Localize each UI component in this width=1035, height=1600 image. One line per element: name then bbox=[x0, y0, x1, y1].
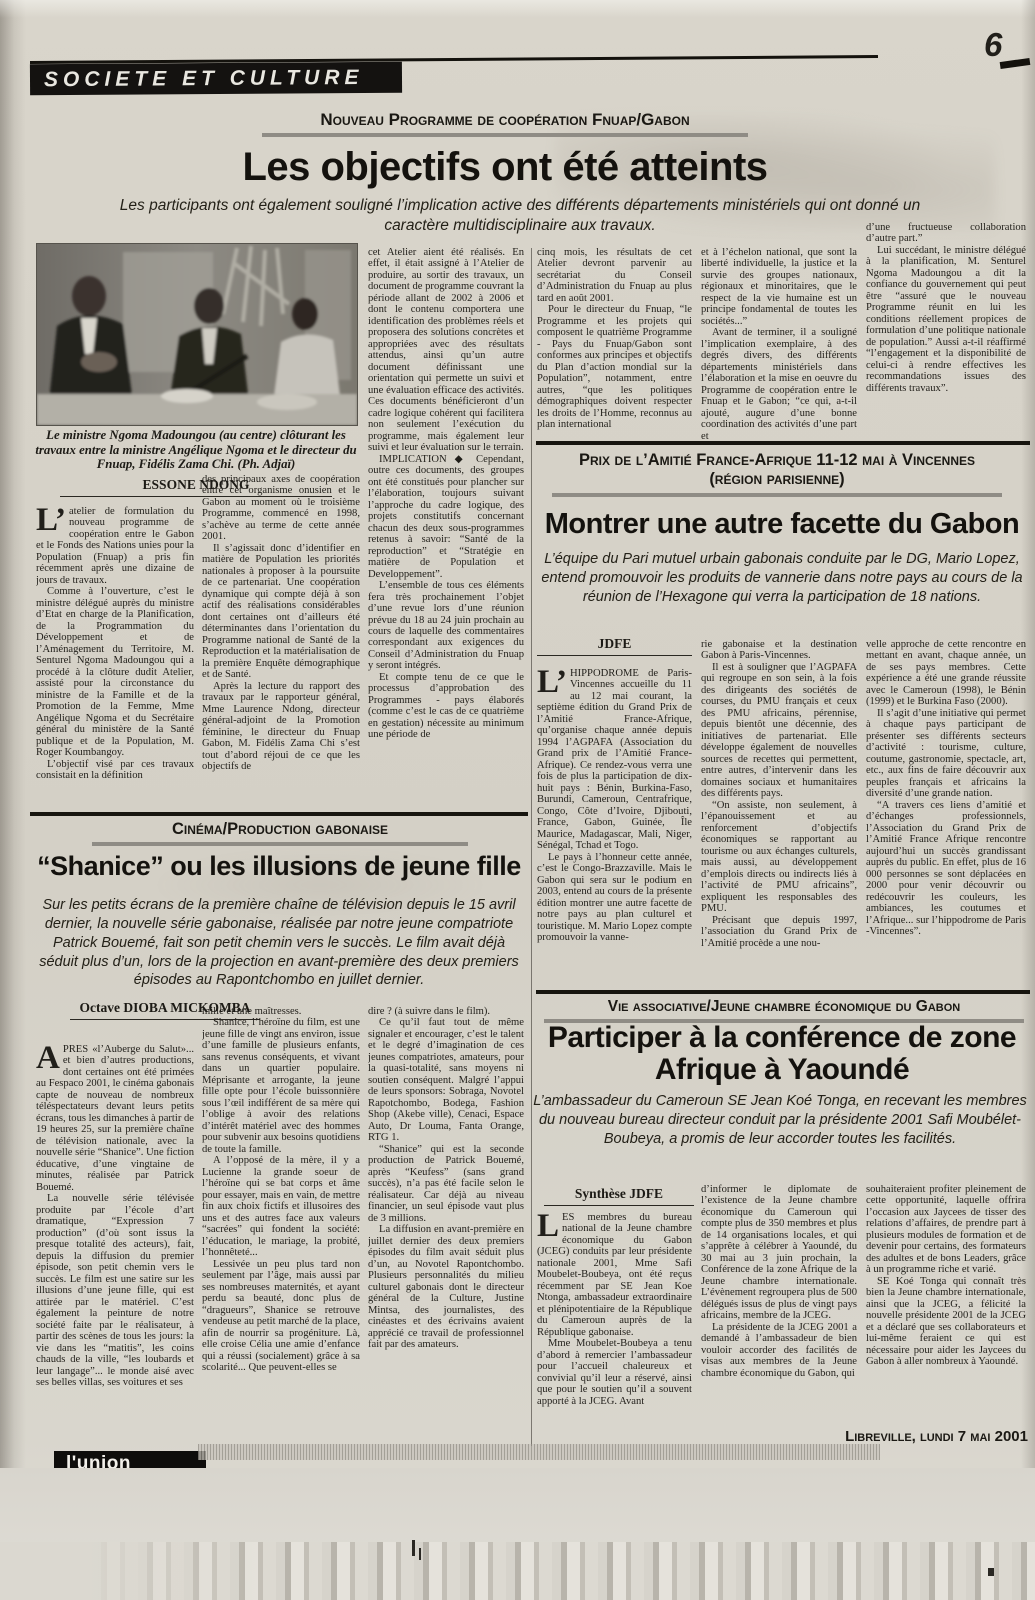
kicker-underline-bar bbox=[552, 493, 1002, 497]
fnuap-column-1: L’atelier de formulation du nouveau prog… bbox=[36, 506, 194, 812]
kicker-underline-bar bbox=[92, 842, 468, 846]
shanice-column-1: APRES «l’Auberge du Salut»... et bien d’… bbox=[36, 1044, 194, 1436]
column-divider-rule bbox=[531, 248, 532, 1446]
pmu-kicker-text: Prix de l’Amitié France-Afrique 11-12 ma… bbox=[579, 451, 975, 488]
pmu-column-3: velle approche de cette rencontre en met… bbox=[866, 639, 1026, 984]
scan-stripe-fade bbox=[0, 1542, 260, 1600]
photo-caption: Le ministre Ngoma Madoungou (au centre) … bbox=[28, 428, 364, 472]
shanice-standfirst: Sur les petits écrans de la première cha… bbox=[32, 896, 526, 990]
jceg-headline: Participer à la conférence de zone Afriq… bbox=[538, 1022, 1026, 1085]
halftone-band bbox=[198, 1444, 880, 1460]
shanice-headline: “Shanice” ou les illusions de jeune fill… bbox=[26, 852, 532, 880]
pmu-byline-text: JDFE bbox=[598, 636, 632, 651]
jceg-column-3: souhaiteraient profiter pleinement de ce… bbox=[866, 1184, 1026, 1436]
ink-speck bbox=[412, 1540, 415, 1556]
fnuap-kicker-text: Nouveau Programme de coopération Fnuap/G… bbox=[320, 110, 689, 129]
shanice-kicker: Cinéma/Production gabonaise bbox=[92, 820, 468, 846]
jceg-kicker-text: Vie associative/Jeune chambre économique… bbox=[608, 998, 960, 1015]
scan-edge-highlight-top bbox=[0, 0, 1035, 18]
fnuap-column-4: cinq mois, les résultats de cet Atelier … bbox=[537, 247, 692, 439]
pmu-column-1: L’HIPPODROME de Paris-Vincennes accueill… bbox=[537, 668, 692, 984]
jceg-standfirst: L’ambassadeur du Cameroun SE Jean Koé To… bbox=[530, 1092, 1030, 1149]
fnuap-standfirst: Les participants ont également souligné … bbox=[105, 196, 935, 236]
shanice-column-3: dire ? (à suivre dans le film).Ce qu’il … bbox=[368, 1006, 524, 1434]
byline-rule bbox=[537, 655, 692, 656]
section-divider-rule bbox=[536, 441, 1030, 445]
pmu-standfirst: L’équipe du Pari mutuel urbain gabonais … bbox=[534, 550, 1030, 607]
section-banner: SOCIETE ET CULTURE bbox=[30, 62, 402, 96]
pmu-column-2: rie gabonaise et la destination Gabon à … bbox=[701, 639, 857, 984]
page-number: 6 bbox=[984, 26, 1002, 64]
jceg-byline: Synthèse JDFE bbox=[544, 1186, 694, 1206]
ink-speck bbox=[988, 1568, 994, 1576]
fnuap-kicker: Nouveau Programme de coopération Fnuap/G… bbox=[262, 110, 748, 137]
photo-image bbox=[37, 244, 357, 425]
section-title: SOCIETE ET CULTURE bbox=[30, 65, 364, 91]
jceg-column-2: d’informer le diplomate de l’existence d… bbox=[701, 1184, 857, 1436]
pmu-kicker: Prix de l’Amitié France-Afrique 11-12 ma… bbox=[552, 451, 1002, 497]
fnuap-column-5: et à l’échelon national, que sont la lib… bbox=[701, 247, 857, 439]
jceg-column-1: LES membres du bureau national de la Jeu… bbox=[537, 1212, 692, 1434]
photo-frame bbox=[36, 243, 358, 426]
section-divider-rule bbox=[30, 812, 528, 816]
jceg-kicker: Vie associative/Jeune chambre économique… bbox=[544, 998, 1024, 1023]
kicker-underline-bar bbox=[262, 133, 748, 137]
fnuap-headline: Les objectifs ont été atteints bbox=[155, 146, 855, 188]
pmu-byline: JDFE bbox=[537, 636, 692, 656]
byline-rule bbox=[544, 1205, 694, 1206]
fnuap-column-3: cet Atelier aient été réalisés. En effet… bbox=[368, 247, 524, 807]
shanice-column-2: mille et une maîtresses.Shanice, l’héroï… bbox=[202, 1006, 360, 1434]
scan-edge-shadow-left bbox=[0, 0, 26, 1600]
dateline: Libreville, lundi 7 mai 2001 bbox=[810, 1428, 1028, 1445]
pmu-headline: Montrer une autre facette du Gabon bbox=[538, 509, 1026, 539]
newspaper-page: SOCIETE ET CULTURE 6 Nouveau Programme d… bbox=[0, 0, 1035, 1600]
shanice-kicker-text: Cinéma/Production gabonaise bbox=[172, 820, 388, 838]
section-divider-rule bbox=[536, 990, 1030, 994]
fnuap-column-2: des principaux axes de coopération entre… bbox=[202, 474, 360, 812]
fnuap-column-6: d’une fructueuse collaboration d’autre p… bbox=[866, 222, 1026, 440]
ink-speck bbox=[419, 1548, 421, 1560]
jceg-byline-text: Synthèse JDFE bbox=[575, 1186, 663, 1201]
